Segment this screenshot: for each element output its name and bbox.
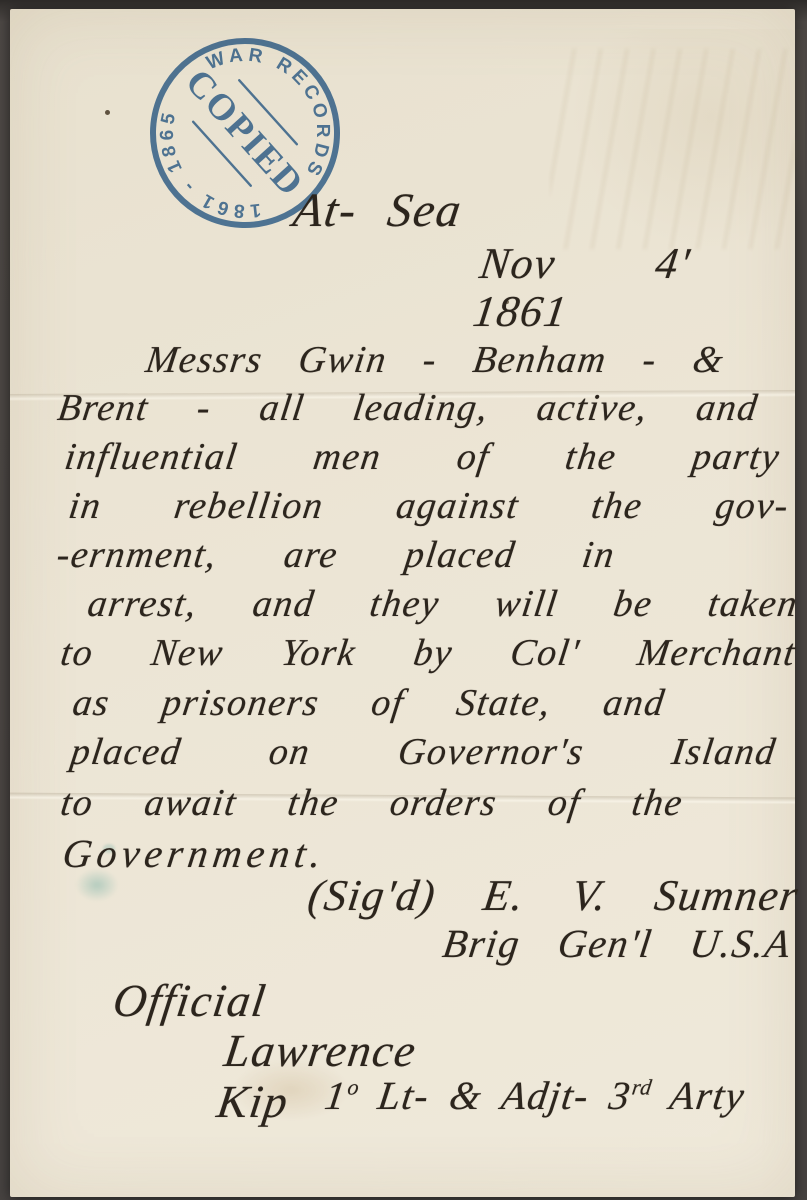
rank-unit: Arty	[648, 1073, 749, 1118]
letter-line: -ernment, are placed in	[54, 535, 618, 577]
dateline-date: Nov 4' 1861	[470, 240, 694, 337]
letter-line: Government.	[60, 832, 329, 876]
paper-stain	[570, 29, 805, 249]
photographed-letter-scene: WAR RECORDS 1861 - 1865 COPIED At- Sea N…	[0, 0, 807, 1200]
letter-line: Brent - all leading, active, and	[55, 388, 761, 430]
letter-line: to await the orders of the	[58, 783, 686, 825]
attestation-rank-line: 1o Lt- & Adjt- 3rd Arty	[322, 1074, 748, 1118]
letter-line: placed on Governor's Island	[68, 732, 779, 774]
paper-speck	[105, 110, 110, 115]
signature-line: (Sig'd) E. V. Sumner	[305, 872, 802, 920]
letter-line: as prisoners of State, and	[70, 683, 668, 725]
letter-line: Messrs Gwin - Benham - &	[143, 340, 727, 382]
attestation-label: Official	[110, 976, 270, 1027]
dateline-place: At- Sea	[290, 185, 465, 238]
letter-line: influential men of the party	[62, 437, 783, 479]
letter-line: in rebellion against the gov-	[66, 486, 792, 528]
rank-title: Lt- & Adjt- 3	[355, 1073, 634, 1118]
letter-line: to New York by Col' Merchant	[58, 633, 799, 675]
letter-line: arrest, and they will be taken	[85, 584, 801, 626]
signature-rank-line: Brig Gen'l U.S.A	[440, 922, 794, 966]
